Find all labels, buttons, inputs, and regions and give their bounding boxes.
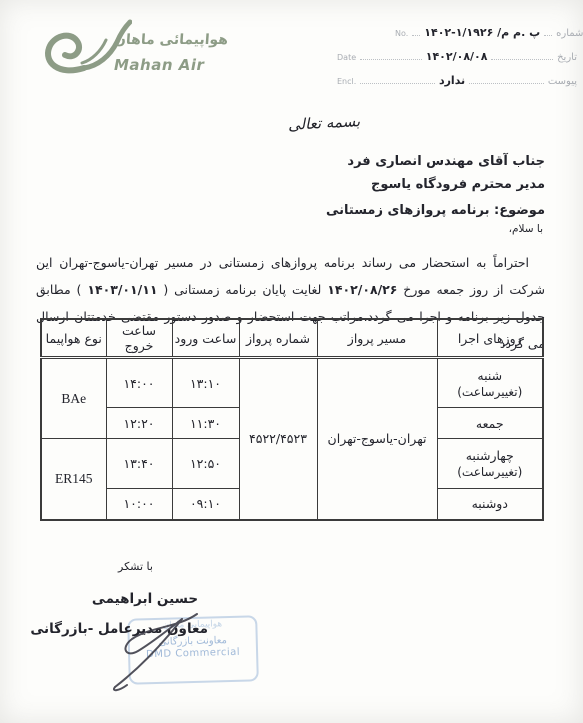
field-enclosure-value: ندارد — [439, 74, 465, 87]
day-cell: شنبه (تغییرساعت) — [437, 358, 543, 408]
body-segment: لغایت پایان برنامه زمستانی ( — [157, 282, 327, 297]
arrival-cell: ۱۱:۳۰ — [172, 408, 239, 439]
dotted-leader — [360, 72, 435, 84]
day-note: (تغییرساعت) — [441, 465, 540, 479]
dotted-leader — [360, 48, 422, 60]
table-header-row: روزهای اجرا مسیر پرواز شماره پرواز ساعت … — [41, 319, 543, 358]
logo-persian-name: هواپیمائی ماهان — [113, 32, 228, 48]
col-aircraft: نوع هواپیما — [41, 319, 106, 358]
field-number-label-en: No. — [395, 29, 408, 38]
col-days: روزهای اجرا — [437, 319, 543, 358]
day-cell: جمعه — [437, 408, 543, 439]
letter-page: هواپیمائی ماهان Mahan Air No. ۱۴۰۲-۱/۱۹۲… — [0, 0, 583, 723]
arrival-cell: ۰۹:۱۰ — [172, 489, 239, 520]
field-date: Date ۱۴۰۲/۰۸/۰۸ تاریخ — [337, 48, 577, 64]
aircraft-cell: ER145 — [41, 439, 106, 520]
addressee-name: جناب آقای مهندس انصاری فرد — [347, 150, 545, 173]
departure-cell: ۱۲:۲۰ — [106, 408, 172, 439]
salutation: با سلام، — [509, 223, 543, 235]
besmele-heading: بسمه تعالی — [288, 112, 361, 134]
departure-cell: ۱۳:۴۰ — [106, 439, 172, 489]
day-cell: دوشنبه — [437, 489, 543, 520]
field-number: No. ۱۴۰۲-۱/۱۹۲۶ /م م. پ شماره — [395, 24, 577, 40]
mahan-bird-icon — [40, 18, 132, 84]
signer-title: معاون مدیرعامل -بازرگانی — [48, 621, 208, 637]
aircraft-cell: BAe — [41, 358, 106, 439]
addressee-block: جناب آقای مهندس انصاری فرد مدیر محترم فر… — [347, 150, 545, 196]
table-row: شنبه (تغییرساعت) تهران-یاسوج-تهران ۴۵۲۲/… — [41, 358, 543, 408]
arrival-cell: ۱۳:۱۰ — [172, 358, 239, 408]
addressee-role: مدیر محترم فرودگاه یاسوج — [347, 173, 545, 196]
field-date-label-en: Date — [337, 53, 356, 62]
day-note: (تغییرساعت) — [441, 385, 540, 399]
field-number-label-fa: شماره — [556, 28, 583, 39]
col-departure: ساعت خروج — [106, 319, 172, 358]
day-name: چهارشنبه — [441, 448, 540, 463]
field-enclosure-label-fa: پیوست — [548, 76, 577, 87]
route-cell: تهران-یاسوج-تهران — [317, 358, 437, 520]
mahan-air-logo: هواپیمائی ماهان Mahan Air — [36, 12, 226, 92]
signer-name: حسین ابراهیمی — [80, 591, 210, 607]
col-route: مسیر پرواز — [317, 319, 437, 358]
field-enclosure: Encl. ندارد پیوست — [337, 72, 577, 88]
field-date-value: ۱۴۰۲/۰۸/۰۸ — [426, 50, 488, 63]
body-date-start: ۱۴۰۲/۰۸/۲۶ — [327, 282, 397, 297]
dotted-leader — [412, 24, 420, 36]
departure-cell: ۱۴:۰۰ — [106, 358, 172, 408]
arrival-cell: ۱۲:۵۰ — [172, 439, 239, 489]
day-cell: چهارشنبه (تغییرساعت) — [437, 439, 543, 489]
logo-english-name: Mahan Air — [114, 56, 204, 74]
body-date-end: ۱۴۰۳/۰۱/۱۱ — [87, 282, 157, 297]
dotted-leader — [469, 72, 544, 84]
field-date-label-fa: تاریخ — [557, 52, 577, 63]
closing-thanks: با تشکر — [118, 560, 153, 573]
field-number-value: ۱۴۰۲-۱/۱۹۲۶ /م م. پ — [424, 26, 540, 39]
subject-line: موضوع: برنامه پروازهای زمستانی — [326, 203, 545, 218]
col-arrival: ساعت ورود — [172, 319, 239, 358]
field-enclosure-label-en: Encl. — [337, 77, 356, 86]
dotted-leader — [544, 24, 552, 36]
day-name: شنبه — [441, 368, 540, 383]
departure-cell: ۱۰:۰۰ — [106, 489, 172, 520]
letterhead-fields: No. ۱۴۰۲-۱/۱۹۲۶ /م م. پ شماره Date ۱۴۰۲/… — [337, 24, 577, 96]
stamp-english-line: DMD Commercial — [130, 646, 256, 660]
col-flight-no: شماره پرواز — [239, 319, 317, 358]
flight-no-cell: ۴۵۲۲/۴۵۲۳ — [239, 358, 317, 520]
flight-schedule-table: روزهای اجرا مسیر پرواز شماره پرواز ساعت … — [40, 318, 544, 521]
dotted-leader — [491, 48, 553, 60]
